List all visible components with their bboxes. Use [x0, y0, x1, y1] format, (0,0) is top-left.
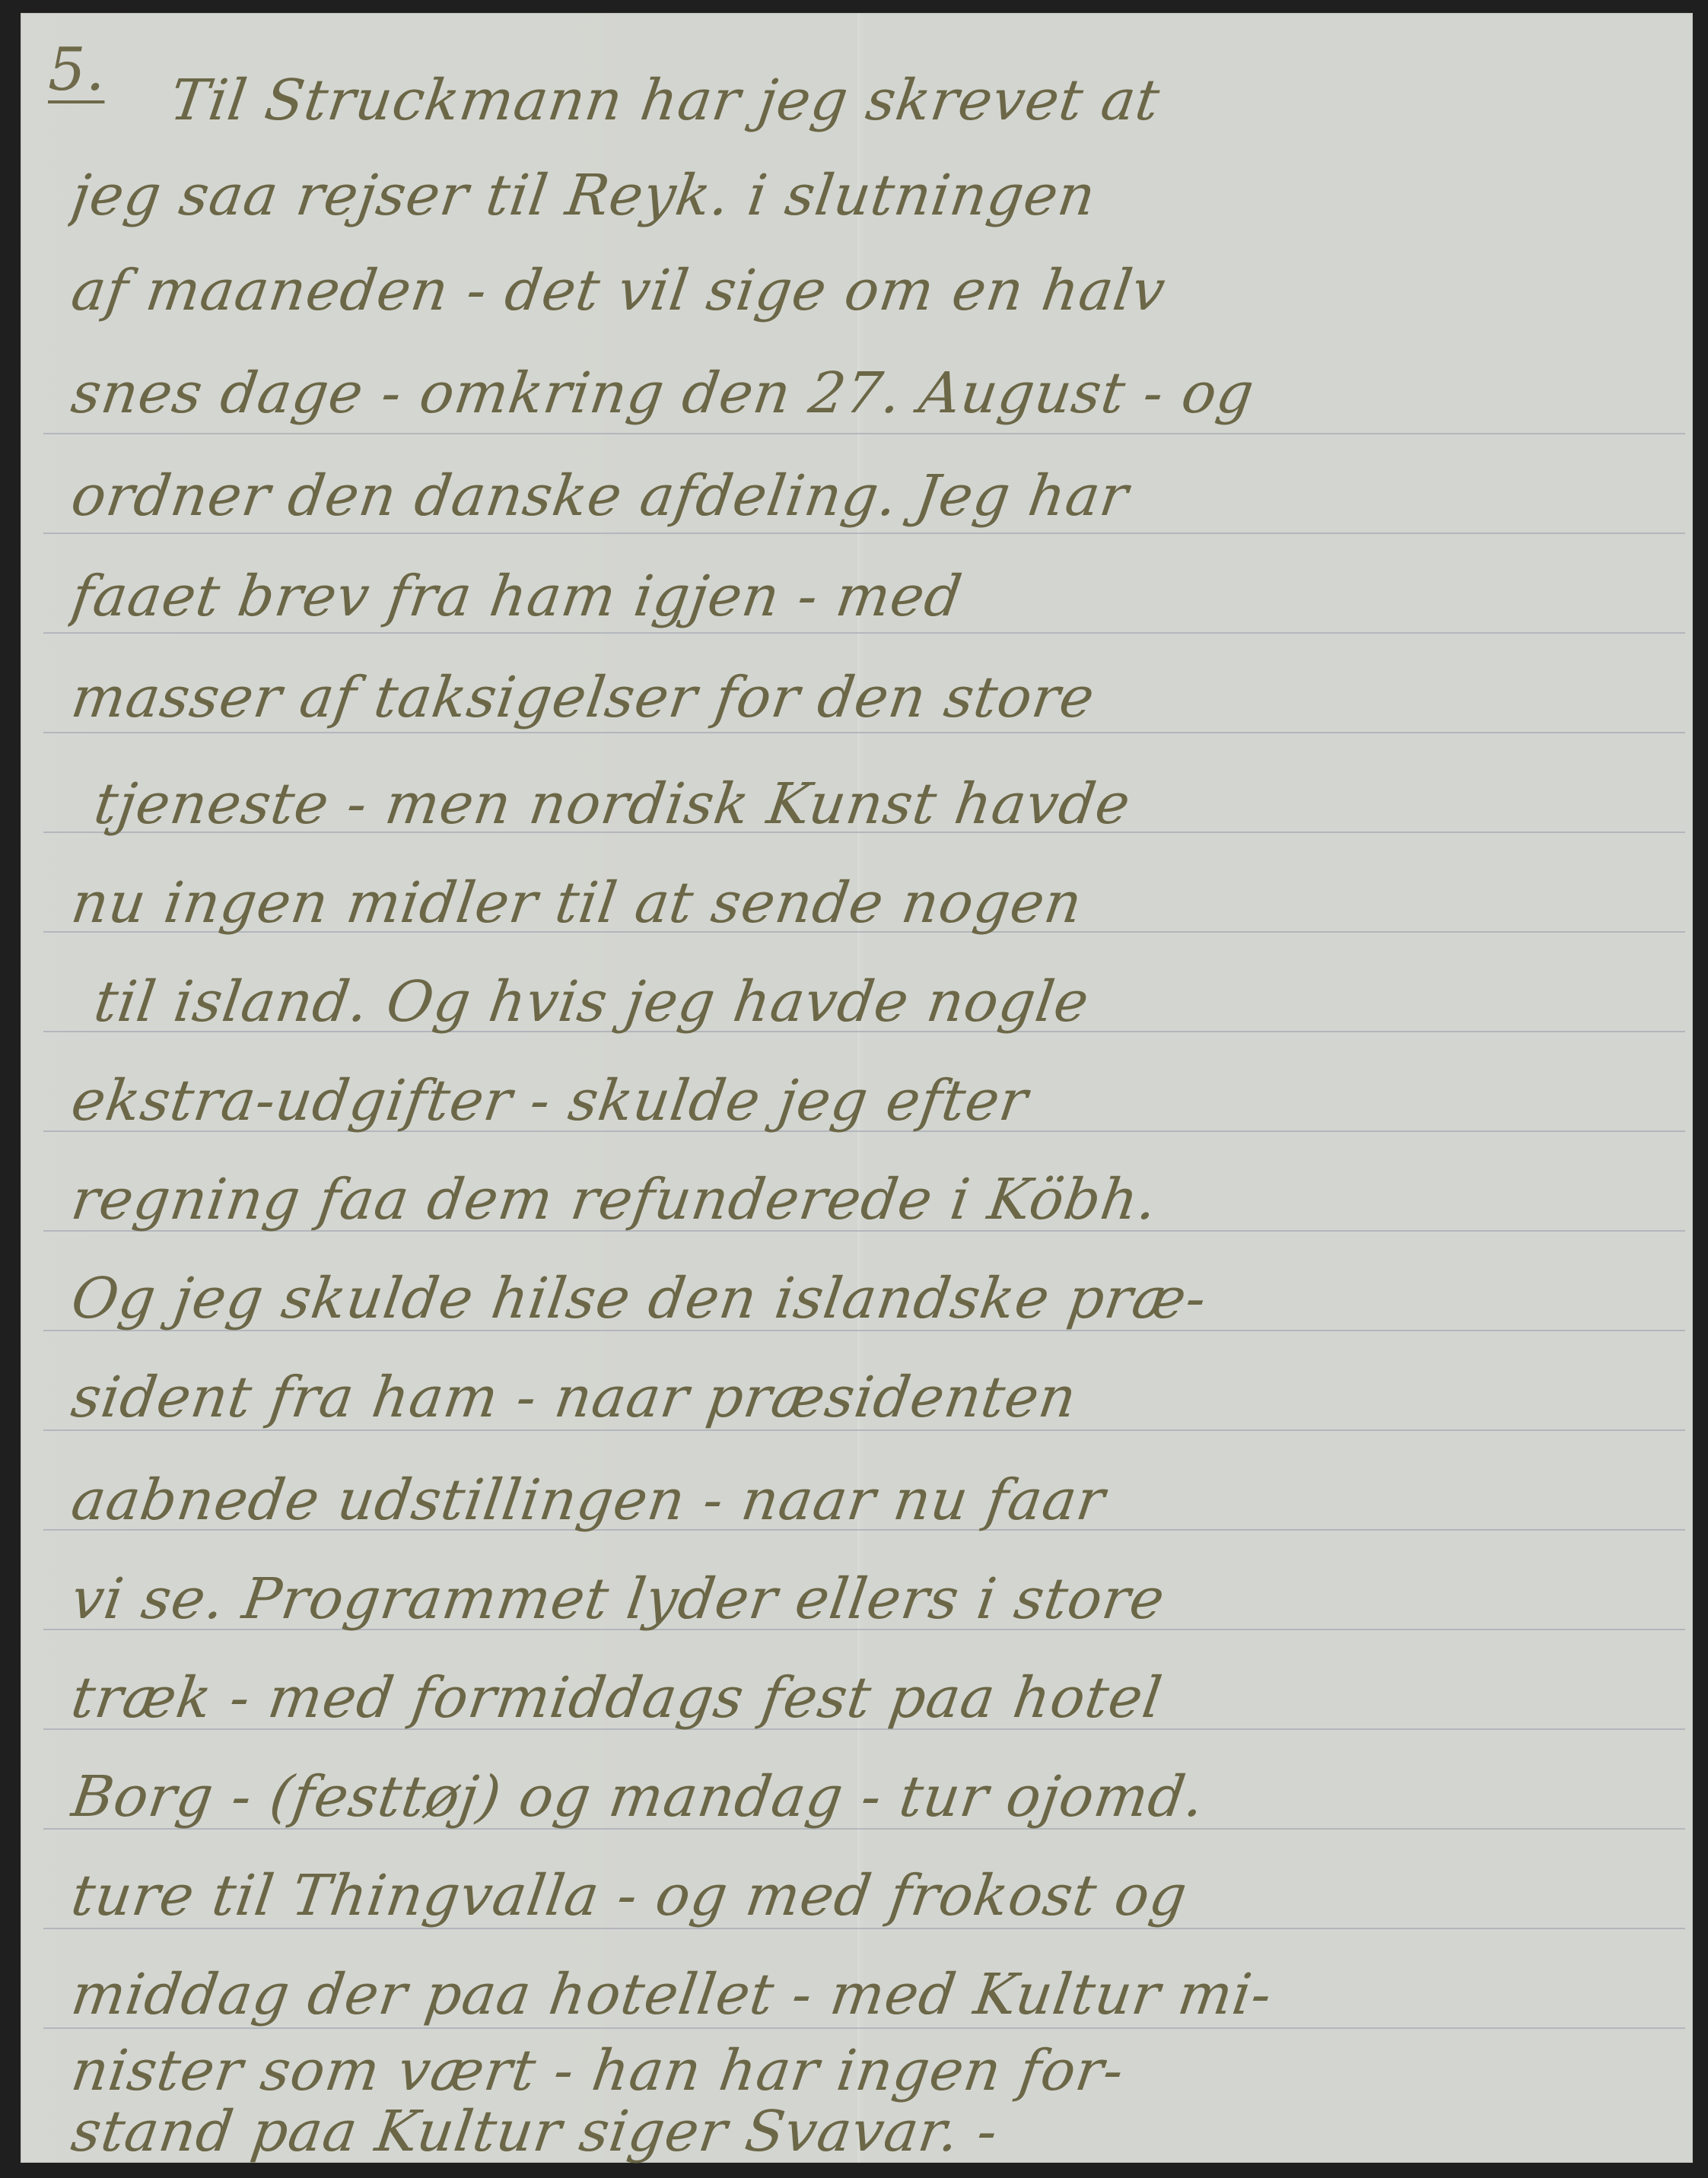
handwritten-line: Til Struckmann har jeg skrevet at — [165, 59, 1674, 142]
handwritten-line: ture til Thingvalla - og med frokost og — [66, 1854, 1674, 1938]
letter-body: Til Struckmann har jeg skrevet at jeg sa… — [21, 13, 1693, 2163]
handwritten-line: til island. Og hvis jeg havde nogle — [89, 960, 1674, 1044]
handwritten-line: masser af taksigelser for den store — [66, 656, 1674, 739]
letter-page: 5. Til Struckmann har jeg skrevet at jeg… — [21, 13, 1693, 2163]
handwritten-line: sident fra ham - naar præsidenten — [66, 1356, 1674, 1439]
handwritten-line: regning faa dem refunderede i Köbh. — [66, 1158, 1674, 1242]
handwritten-line: faaet brev fra ham igjen - med — [66, 555, 1674, 638]
handwritten-line: middag der paa hotellet - med Kultur mi- — [66, 1953, 1674, 2037]
handwritten-line: tjeneste - men nordisk Kunst havde — [89, 762, 1674, 846]
handwritten-line: vi se. Programmet lyder ellers i store — [66, 1557, 1674, 1641]
handwritten-line: træk - med formiddags fest paa hotel — [66, 1656, 1674, 1740]
handwritten-line: Og jeg skulde hilse den islandske præ- — [66, 1257, 1674, 1340]
handwritten-line: Borg - (festtøj) og mandag - tur ojomd. — [66, 1755, 1674, 1839]
handwritten-line: aabnede udstillingen - naar nu faar — [66, 1458, 1674, 1542]
handwritten-line: jeg saa rejser til Reyk. i slutningen — [66, 154, 1674, 237]
handwritten-line: stand paa Kultur siger Svavar. - — [66, 2090, 1674, 2173]
handwritten-line: snes dage - omkring den 27. August - og — [66, 351, 1674, 435]
handwritten-line: af maaneden - det vil sige om en halv — [66, 249, 1674, 332]
handwritten-line: ordner den danske afdeling. Jeg har — [66, 454, 1674, 538]
handwritten-line: ekstra-udgifter - skulde jeg efter — [66, 1059, 1674, 1143]
handwritten-line: nu ingen midler til at sende nogen — [66, 861, 1674, 945]
